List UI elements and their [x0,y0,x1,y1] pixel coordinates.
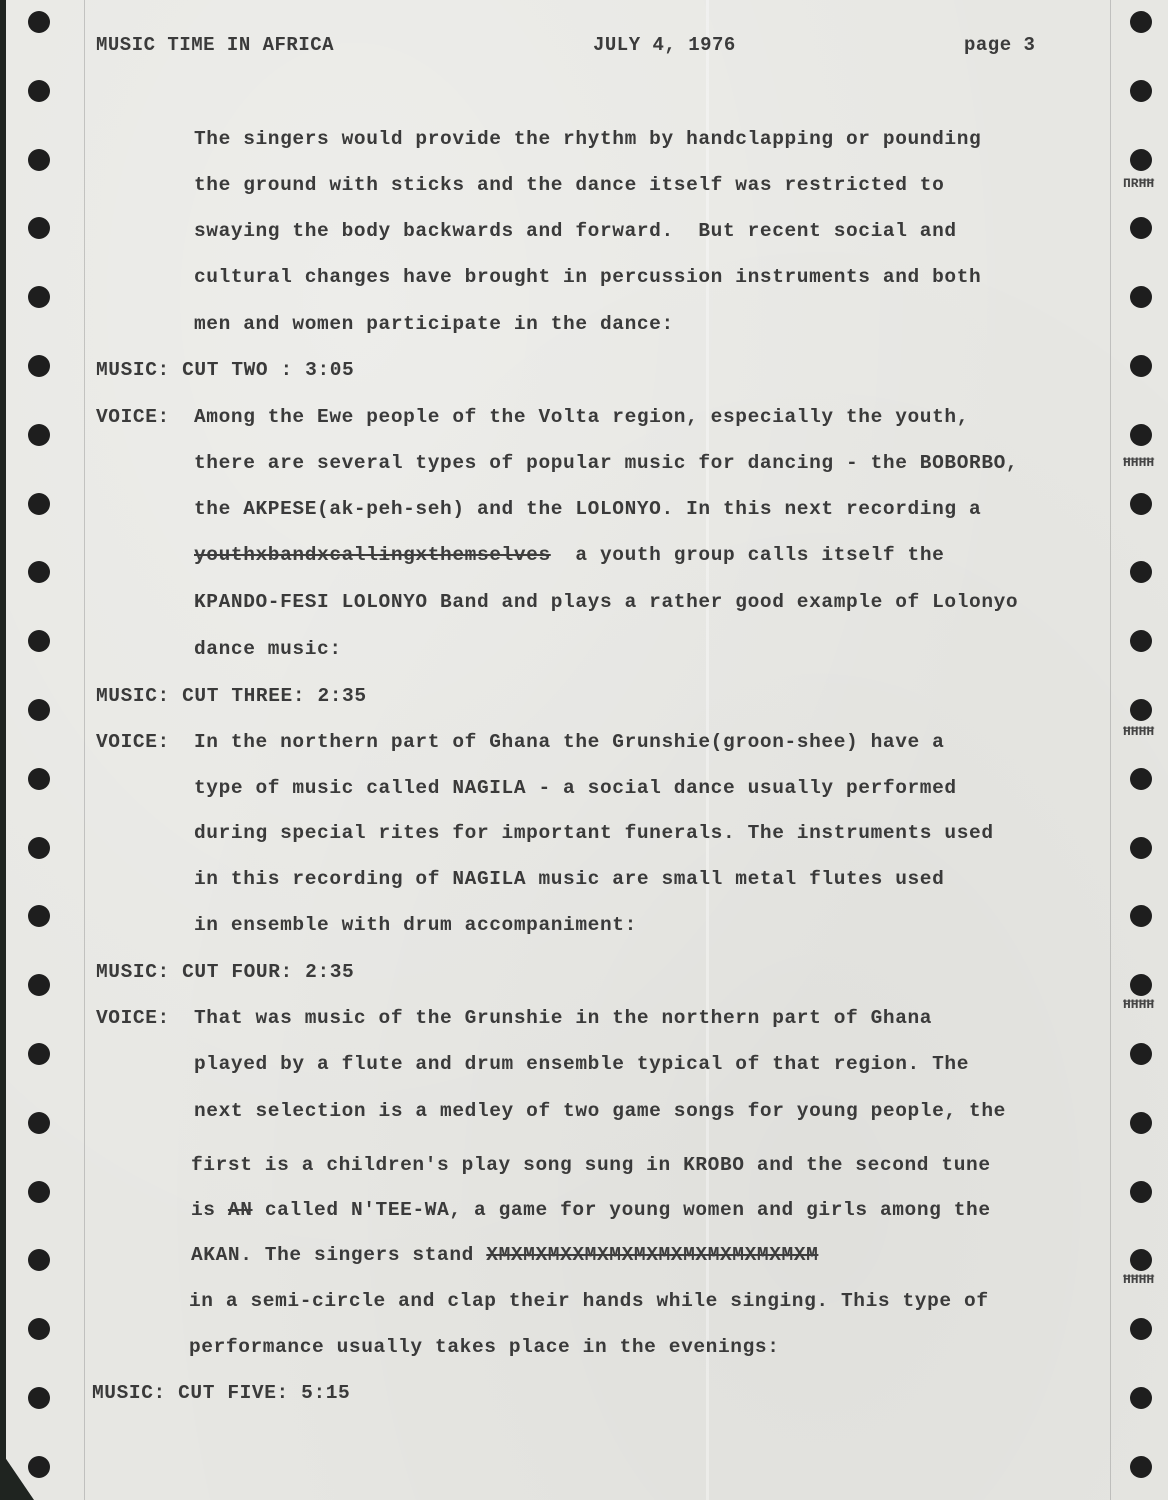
punch-hole [28,493,50,515]
script-line: played by a flute and drum ensemble typi… [194,1052,969,1076]
punch-hole [1130,1318,1152,1340]
script-line: youthxbandxcallingxthemselves a youth gr… [194,543,944,567]
cue-label: MUSIC: [96,961,170,983]
punch-hole [1130,905,1152,927]
margin-mark: ĦĦĦĦ [1123,1272,1154,1287]
margin-mark: ĦĦĦĦ [1123,455,1154,470]
struck-out-text: youthxbandxcallingxthemselves [194,544,551,566]
voice-cue: VOICE: [96,730,170,754]
cue-label: MUSIC: [96,359,170,381]
script-line: is AN called N'TEE-WA, a game for young … [191,1198,991,1222]
script-line: in this recording of NAGILA music are sm… [194,867,944,891]
punch-hole [1130,768,1152,790]
struck-out-text: XMXMXMXXMXMXMXMXMXMXMXMXMXM [486,1244,818,1266]
scan-edge [0,0,6,1500]
punch-hole [1130,1387,1152,1409]
cue-text: CUT FOUR: 2:35 [182,961,354,983]
punch-hole [28,355,50,377]
punch-hole [1130,11,1152,33]
margin-mark: ΠRĦĦ [1123,176,1154,191]
punch-hole [1130,217,1152,239]
script-line: in a semi-circle and clap their hands wh… [189,1289,989,1313]
punch-hole [1130,974,1152,996]
margin-mark: ĦĦĦĦ [1123,997,1154,1012]
punch-hole [1130,424,1152,446]
script-line: men and women participate in the dance: [194,312,674,336]
script-line: In the northern part of Ghana the Grunsh… [194,730,944,754]
punch-hole [1130,1456,1152,1478]
script-line: That was music of the Grunshie in the no… [194,1006,932,1030]
punch-hole [28,974,50,996]
script-line: swaying the body backwards and forward. … [194,219,957,243]
punch-hole [28,768,50,790]
scan-corner [0,1450,34,1500]
program-title: MUSIC TIME IN AFRICA [96,34,334,56]
punch-hole [1130,493,1152,515]
punch-hole [28,905,50,927]
script-line: there are several types of popular music… [194,451,1018,475]
punch-hole [1130,286,1152,308]
voice-cue: VOICE: [96,1006,170,1030]
margin-mark: ĦĦĦĦ [1123,724,1154,739]
music-cue-cut-two: MUSIC: CUT TWO : 3:05 [96,358,354,382]
punch-hole [1130,837,1152,859]
music-cue-cut-three: MUSIC: CUT THREE: 2:35 [96,684,367,708]
punch-hole [28,1112,50,1134]
voice-cue: VOICE: [96,405,170,429]
punch-hole [28,149,50,171]
punch-hole [28,217,50,239]
punch-hole [28,1181,50,1203]
punch-hole [28,630,50,652]
punch-hole [28,1043,50,1065]
punch-hole [1130,80,1152,102]
punch-hole [28,1387,50,1409]
script-line: KPANDO-FESI LOLONYO Band and plays a rat… [194,590,1018,614]
cue-label: MUSIC: [96,685,170,707]
script-line: dance music: [194,637,342,661]
cue-text: CUT THREE: 2:35 [182,685,367,707]
script-line: in ensemble with drum accompaniment: [194,913,637,937]
cue-text: CUT TWO : 3:05 [182,359,354,381]
script-line: performance usually takes place in the e… [189,1335,780,1359]
punch-hole [28,80,50,102]
script-line: the ground with sticks and the dance its… [194,173,944,197]
script-line: first is a children's play song sung in … [191,1153,991,1177]
perforation-line-right [1110,0,1111,1500]
script-line: next selection is a medley of two game s… [194,1099,1006,1123]
script-line: type of music called NAGILA - a social d… [194,776,957,800]
script-line: during special rites for important funer… [194,821,994,845]
punch-hole [1130,149,1152,171]
music-cue-cut-four: MUSIC: CUT FOUR: 2:35 [96,960,354,984]
punch-hole [1130,1249,1152,1271]
punch-hole [28,561,50,583]
script-line: Among the Ewe people of the Volta region… [194,405,969,429]
cue-label: MUSIC: [92,1382,166,1404]
punch-hole [1130,1181,1152,1203]
punch-hole [28,1249,50,1271]
script-line: AKAN. The singers stand XMXMXMXXMXMXMXMX… [191,1243,818,1267]
music-cue-cut-five: MUSIC: CUT FIVE: 5:15 [92,1381,350,1405]
typewritten-page: MUSIC TIME IN AFRICA JULY 4, 1976 page 3… [6,0,1168,1500]
punch-hole [1130,355,1152,377]
punch-hole [28,424,50,446]
punch-hole [28,837,50,859]
script-line: cultural changes have brought in percuss… [194,265,981,289]
punch-hole [1130,1112,1152,1134]
script-line: The singers would provide the rhythm by … [194,127,981,151]
cue-text: CUT FIVE: 5:15 [178,1382,350,1404]
perforation-line-left [84,0,85,1500]
punch-hole [1130,630,1152,652]
punch-hole [1130,699,1152,721]
punch-hole [28,11,50,33]
struck-out-text: AN [228,1199,253,1221]
script-line: the AKPESE(ak-peh-seh) and the LOLONYO. … [194,497,981,521]
punch-hole [1130,1043,1152,1065]
punch-hole [28,699,50,721]
page-number: page 3 [964,34,1035,56]
broadcast-date: JULY 4, 1976 [593,34,736,56]
punch-hole [28,286,50,308]
punch-hole [28,1318,50,1340]
punch-hole [1130,561,1152,583]
